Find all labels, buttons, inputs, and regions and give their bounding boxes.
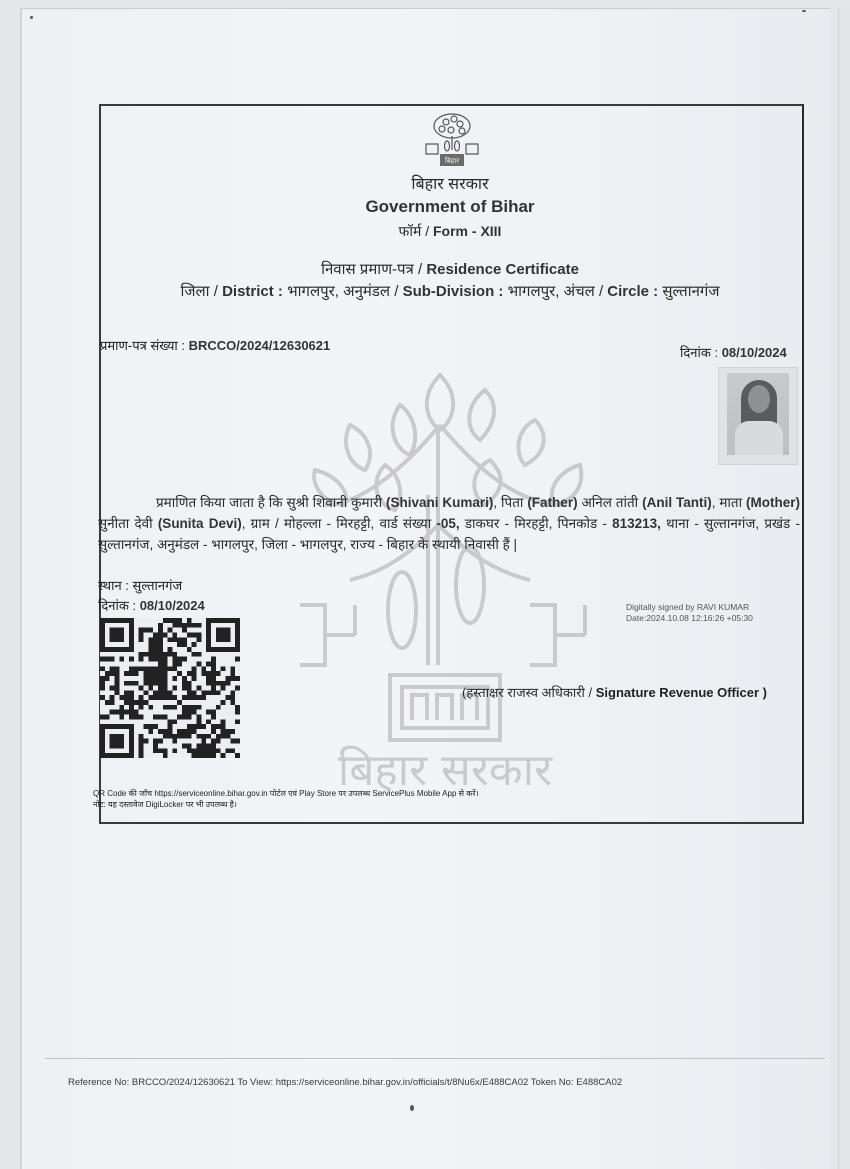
- verification-note: QR Code की जाँच https://serviceonline.bi…: [93, 788, 479, 810]
- pincode: 813213,: [612, 516, 661, 531]
- form-number: फॉर्म / Form - XIII: [100, 222, 800, 241]
- subdivision-label: Sub-Division :: [403, 283, 504, 300]
- circle-label: Circle :: [607, 283, 658, 300]
- bihar-emblem-icon: बिहार: [418, 110, 486, 170]
- district-label-hindi: जिला /: [180, 283, 217, 300]
- certificate-number: प्रमाण-पत्र संख्या : BRCCO/2024/12630621: [100, 336, 330, 354]
- circle-value: सुल्तानगंज: [662, 283, 719, 300]
- page-edge: [838, 8, 850, 1169]
- certificate-type-hindi: निवास प्रमाण-पत्र /: [321, 261, 422, 278]
- applicant-name-english: (Shivani Kumari): [386, 495, 493, 510]
- digital-signature: Digitally signed by RAVI KUMAR Date:2024…: [626, 602, 753, 624]
- form-label-hindi: फॉर्म /: [399, 223, 430, 239]
- scan-speck: [802, 10, 806, 12]
- scan-speck: [30, 16, 33, 19]
- date-label: दिनांक :: [680, 345, 718, 360]
- issue-date-bottom: दिनांक : 08/10/2024: [98, 596, 205, 614]
- district-label: District :: [222, 283, 283, 300]
- svg-text:बिहार: बिहार: [445, 156, 459, 165]
- certificate-type-english: Residence Certificate: [426, 261, 579, 278]
- certificate-number-value: BRCCO/2024/12630621: [189, 338, 331, 353]
- mother-name-english: (Sunita Devi): [158, 516, 242, 531]
- qr-code: [100, 618, 240, 758]
- footer-divider: [45, 1058, 825, 1059]
- father-name-english: (Anil Tanti): [642, 495, 712, 510]
- govt-title-english: Government of Bihar: [100, 197, 800, 217]
- signature-caption: (हस्ताक्षर राजस्व अधिकारी / Signature Re…: [462, 683, 767, 701]
- certification-statement: प्रमाणित किया जाता है कि सुश्री शिवानी क…: [98, 492, 800, 555]
- certificate-type: निवास प्रमाण-पत्र / Residence Certificat…: [100, 259, 800, 279]
- subdivision-value: भागलपुर, अंचल /: [508, 283, 604, 300]
- govt-title-hindi: बिहार सरकार: [100, 172, 800, 194]
- applicant-photo: [718, 367, 798, 465]
- scan-speck: [410, 1105, 414, 1111]
- district-value: भागलपुर, अनुमंडल /: [287, 283, 398, 300]
- certificate-number-label: प्रमाण-पत्र संख्या :: [100, 338, 185, 353]
- issue-place: स्थान : सुल्तानगंज: [98, 576, 182, 594]
- jurisdiction-line: जिला / District : भागलपुर, अनुमंडल / Sub…: [100, 281, 800, 301]
- date-value: 08/10/2024: [722, 345, 787, 360]
- issue-date-top: दिनांक : 08/10/2024: [680, 343, 787, 361]
- reference-line: Reference No: BRCCO/2024/12630621 To Vie…: [68, 1077, 622, 1088]
- form-label: Form - XIII: [433, 223, 501, 239]
